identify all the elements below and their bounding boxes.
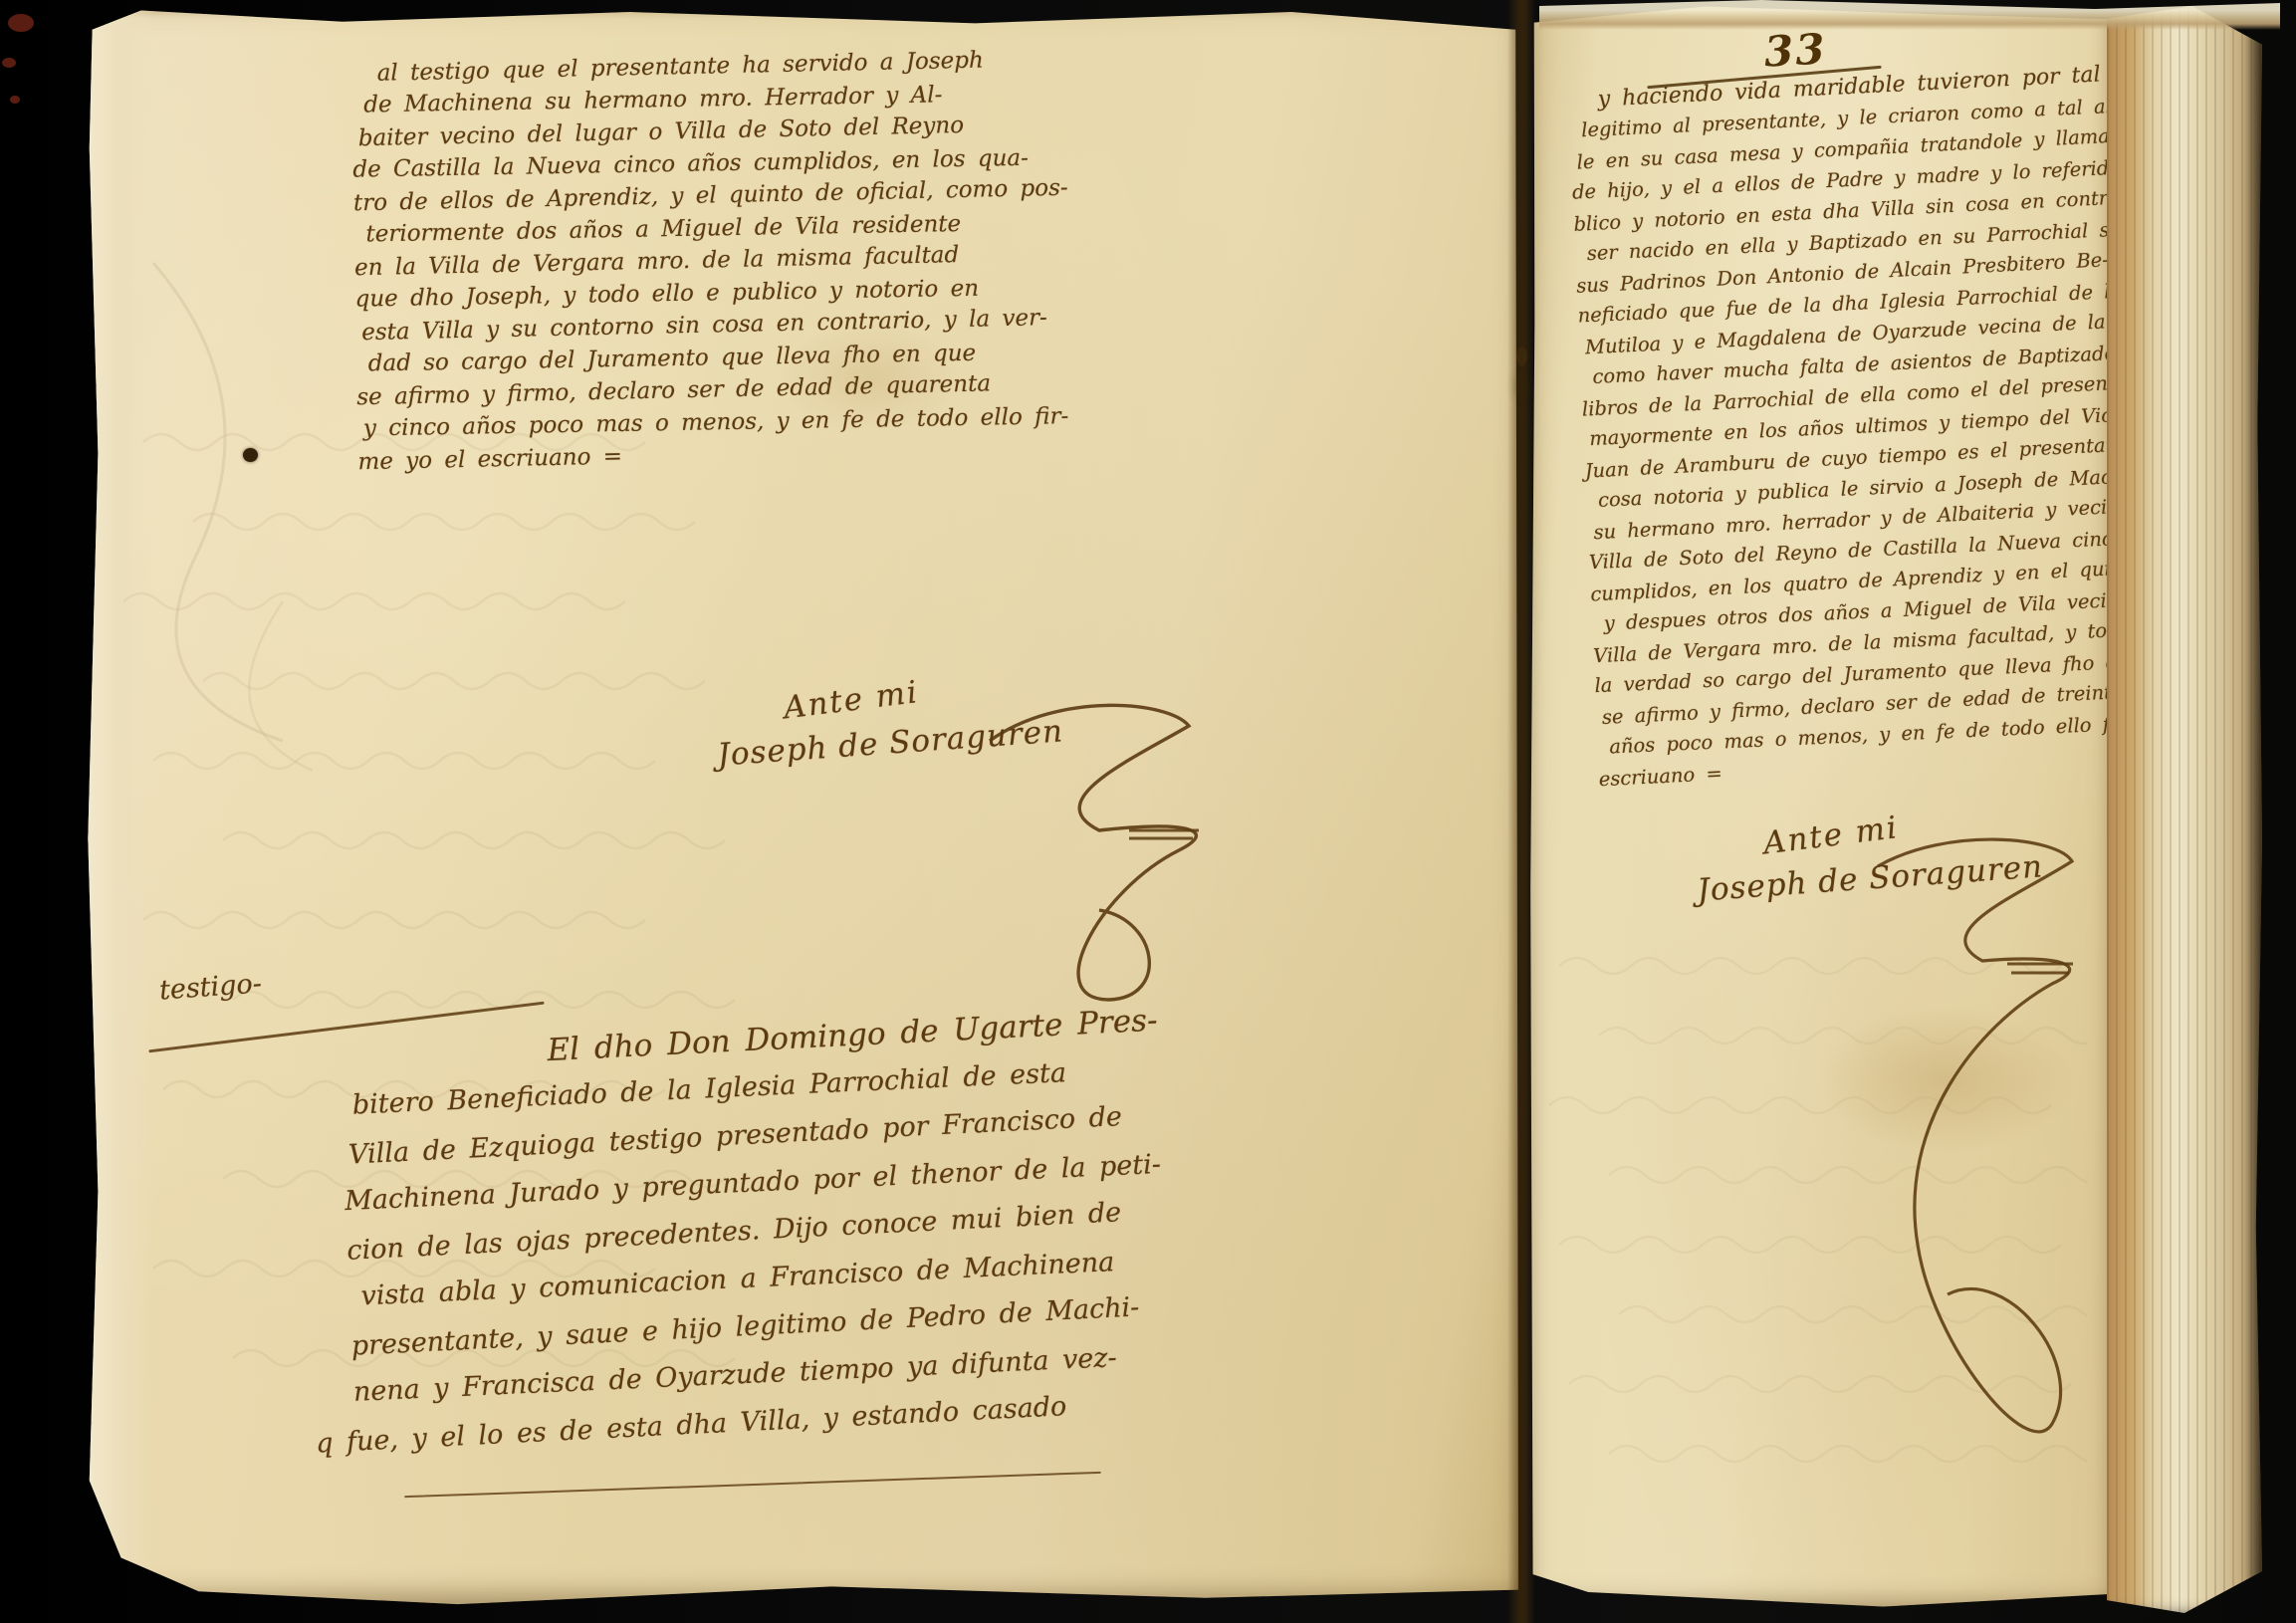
closing-flourish — [404, 1472, 1101, 1498]
spine-fragment — [10, 96, 20, 104]
spine-fragment — [8, 14, 34, 32]
upper-sheet-edge — [1539, 0, 2280, 30]
spine-fragment — [2, 58, 16, 68]
right-page: 33 y haciendo vida maridable tuvieron po… — [1529, 0, 2119, 1613]
binding-thread — [1516, 347, 1527, 366]
left-page: al testigo que el presentante ha servido… — [84, 4, 1521, 1609]
ink-blot — [243, 448, 258, 462]
notary-signature: Ante mi Joseph de Soraguren — [717, 669, 1135, 759]
testimony-paragraph-1: al testigo que el presentante ha servido… — [350, 43, 1114, 477]
manuscript-scan: al testigo que el presentante ha servido… — [0, 0, 2296, 1623]
paper-stain — [1818, 1006, 2077, 1155]
page-number: 33 — [1763, 24, 1828, 76]
signature-name: Joseph de Soraguren — [716, 708, 1135, 773]
margin-note-testigo: testigo- — [158, 968, 263, 1006]
notary-signature: Ante mi Joseph de Soraguren — [1697, 805, 2115, 894]
testimony-paragraph-2: El dho Don Domingo de Ugarte Pres-bitero… — [338, 997, 1193, 1465]
testimony-paragraph: y haciendo vida maridable tuvieron por t… — [1567, 60, 2145, 794]
signature-name: Joseph de Soraguren — [1696, 843, 2115, 908]
signature-rubric — [1858, 826, 2097, 1474]
page-stack-edge — [2107, 6, 2262, 1613]
